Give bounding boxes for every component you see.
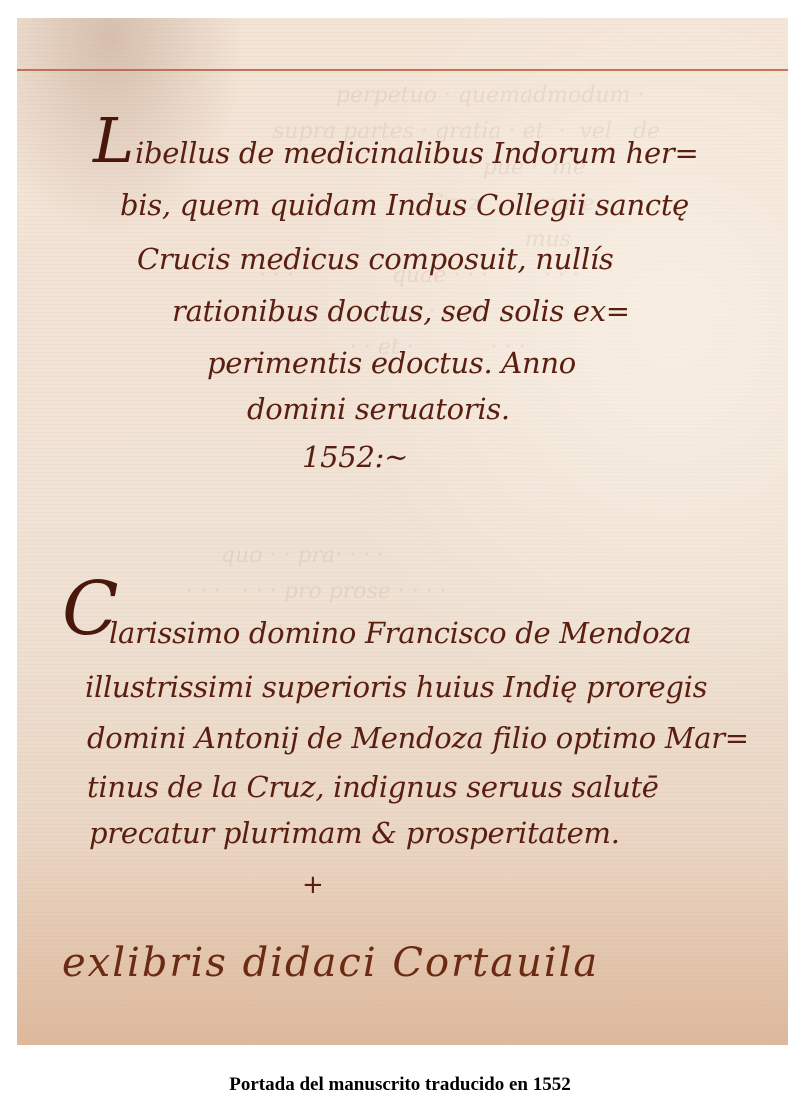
dedication-line-1: larissimo domino Francisco de Mendoza <box>109 616 691 650</box>
title-line-3: Crucis medicus composuit, nullís <box>137 242 613 276</box>
title-line-4: rationibus doctus, sed solis ex= <box>172 294 630 328</box>
ex-libris-signature: exlibris didaci Cortauila <box>62 940 599 986</box>
title-line-1: ibellus de medicinalibus Indorum her= <box>135 136 698 170</box>
dedication-line-4: tinus de la Cruz, indignus seruus salutē <box>87 770 659 804</box>
red-ruled-line <box>17 69 788 71</box>
title-line-6: domini seruatoris. <box>247 392 510 426</box>
title-initial-L: L <box>93 104 134 177</box>
manuscript-photo: perpetuo · quemadmodum · supra partes · … <box>17 18 788 1045</box>
cross-mark: + <box>302 870 324 900</box>
dedication-line-3: domini Antonij de Mendoza filio optimo M… <box>87 721 749 755</box>
title-line-5: perimentis edoctus. Anno <box>207 346 576 380</box>
figure-caption: Portada del manuscrito traducido en 1552 <box>0 1074 800 1096</box>
dedication-line-5: precatur plurimam & prosperitatem. <box>89 816 620 850</box>
title-line-2: bis, quem quidam Indus Collegii sanctę <box>120 188 689 222</box>
dedication-line-2: illustrissimi superioris huius Indię pro… <box>85 670 707 704</box>
title-year: 1552:~ <box>302 440 408 474</box>
